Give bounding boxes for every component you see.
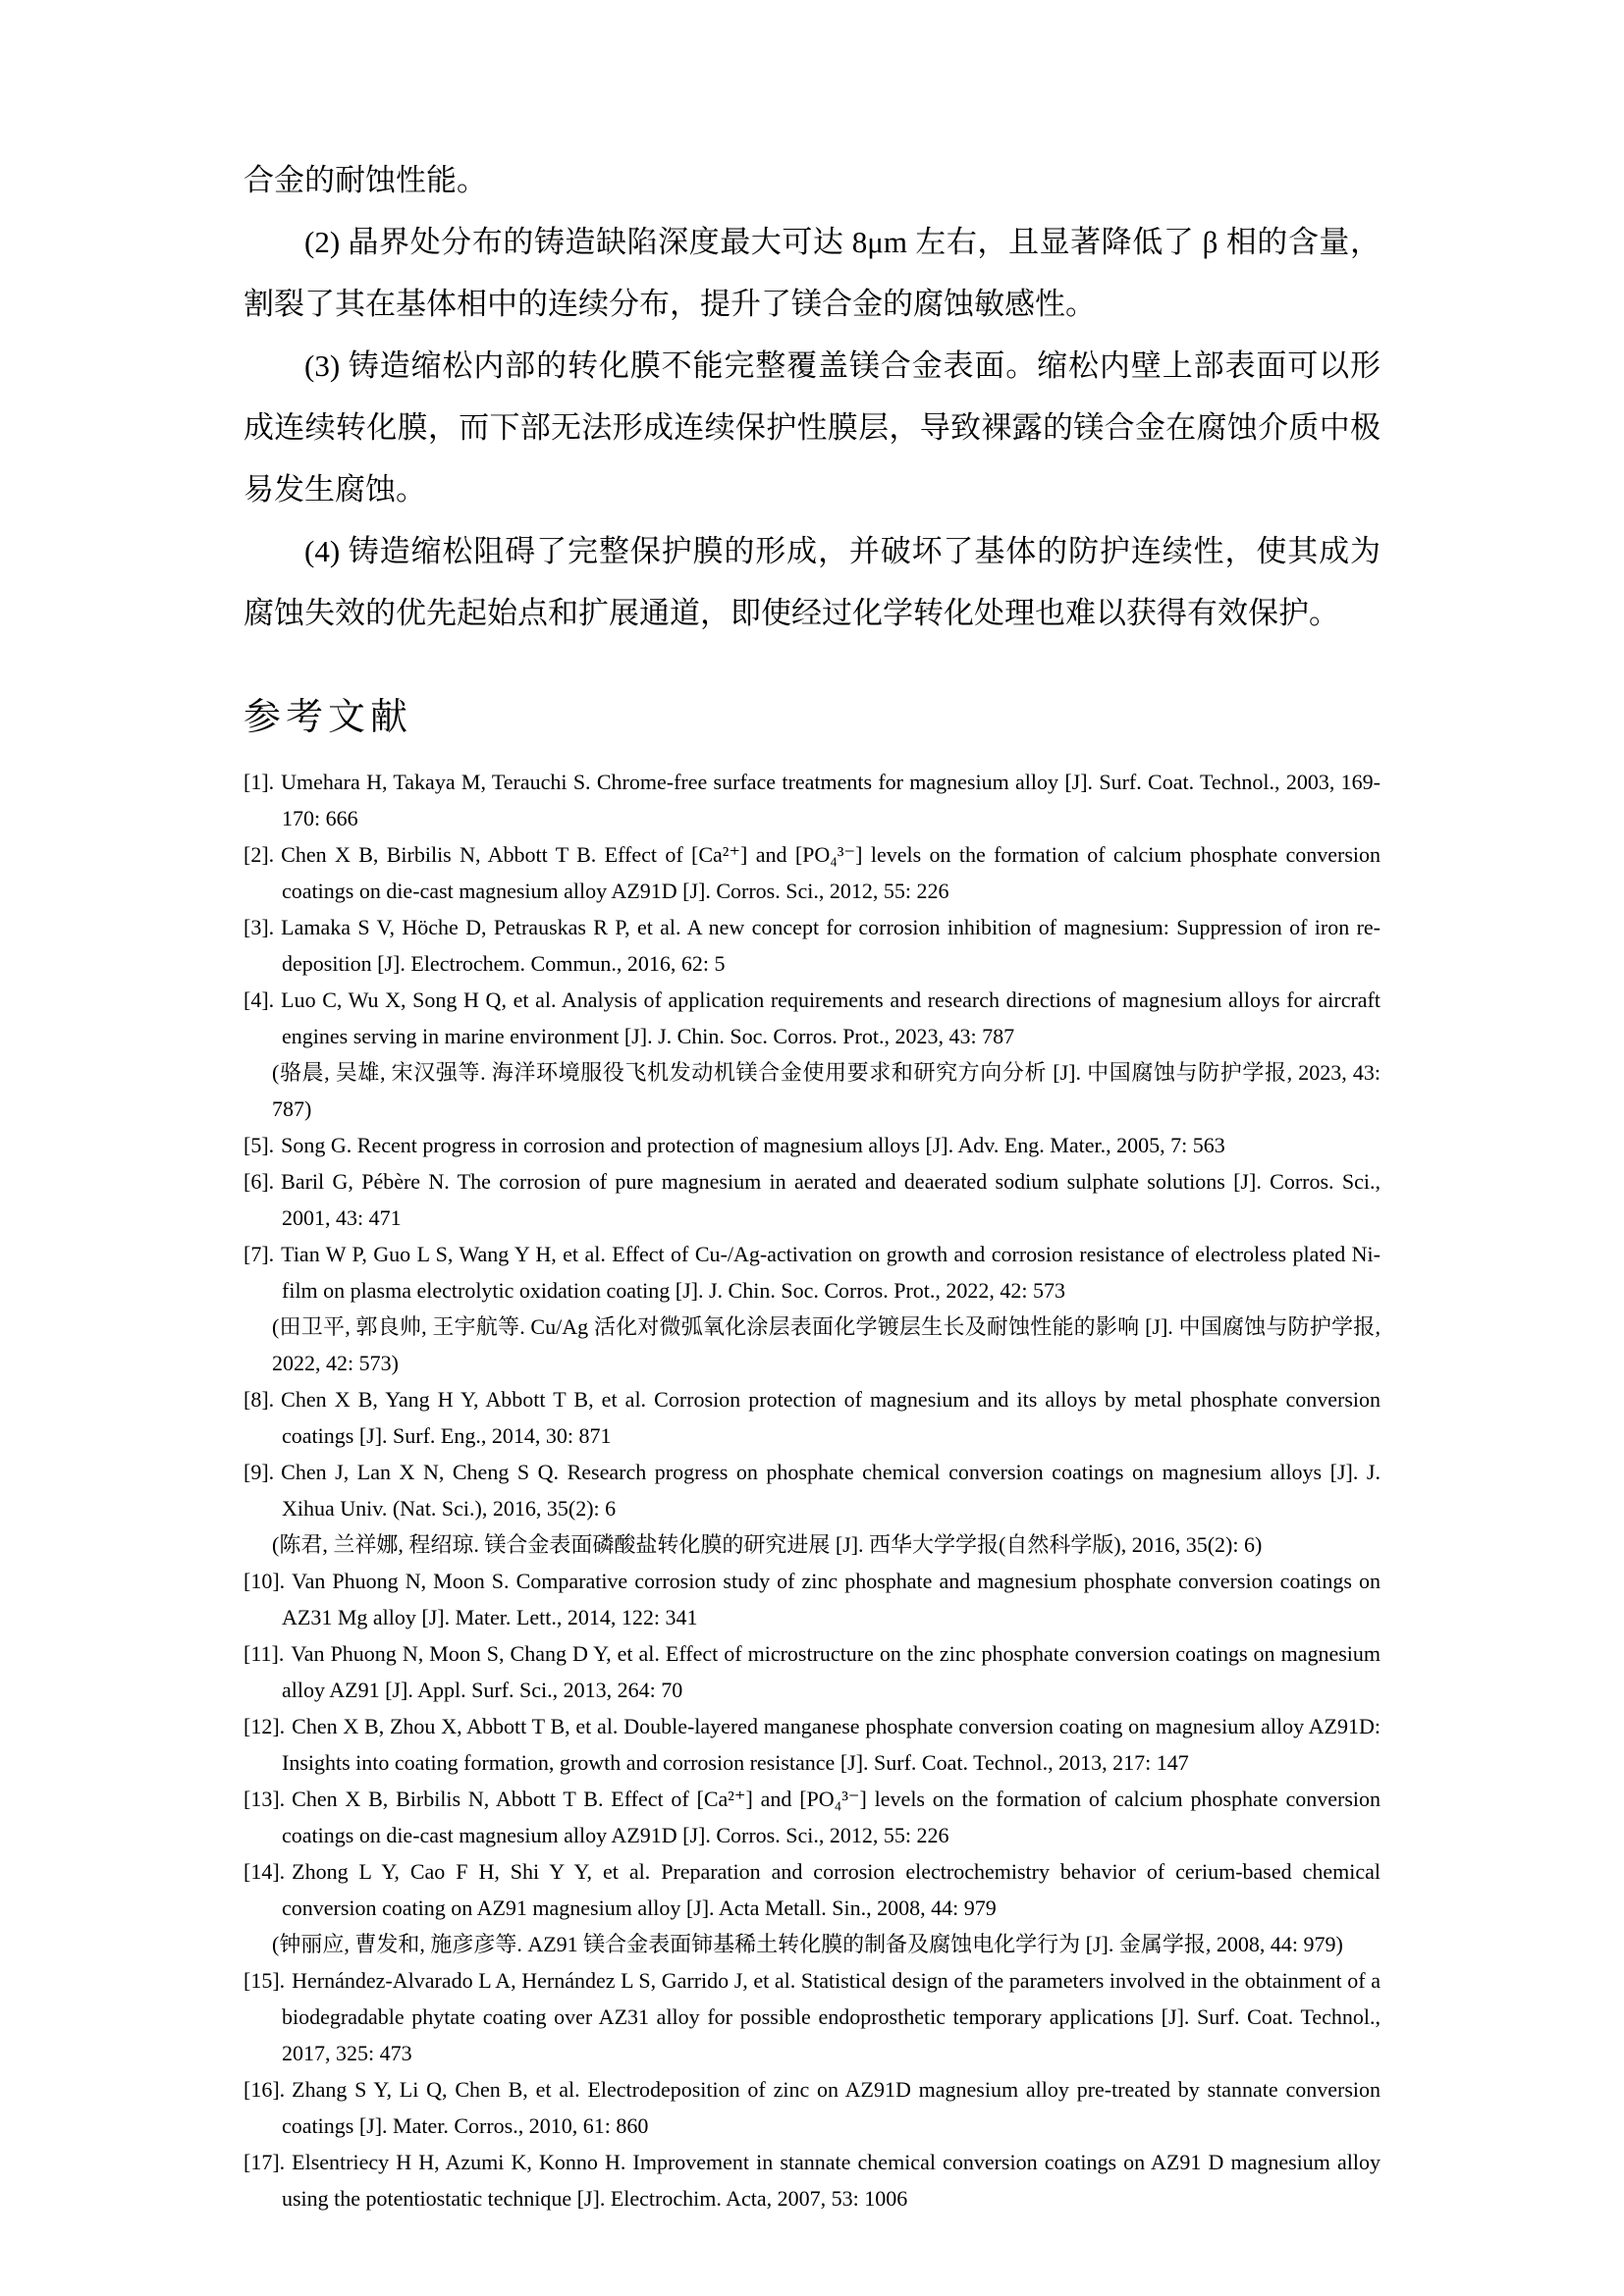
- reference-line: [16].Zhang S Y, Li Q, Chen B, et al. Ele…: [244, 2071, 1380, 2144]
- reference-entry: [5].Song G. Recent progress in corrosion…: [244, 1127, 1380, 1163]
- reference-line: [15].Hernández-Alvarado L A, Hernández L…: [244, 1962, 1380, 2071]
- reference-label: [6].: [244, 1169, 274, 1194]
- reference-line: [1].Umehara H, Takaya M, Terauchi S. Chr…: [244, 764, 1380, 836]
- reference-label: [7].: [244, 1242, 274, 1266]
- reference-entry: [9].Chen J, Lan X N, Cheng S Q. Research…: [244, 1454, 1380, 1563]
- reference-entry: [3].Lamaka S V, Höche D, Petrauskas R P,…: [244, 909, 1380, 982]
- reference-label: [8].: [244, 1387, 274, 1412]
- reference-text: Song G. Recent progress in corrosion and…: [281, 1133, 1225, 1157]
- reference-text: Zhong L Y, Cao F H, Shi Y Y, et al. Prep…: [282, 1859, 1380, 1920]
- reference-entry: [12].Chen X B, Zhou X, Abbott T B, et al…: [244, 1708, 1380, 1781]
- reference-entry: [6].Baril G, Pébère N. The corrosion of …: [244, 1163, 1380, 1236]
- reference-label: [13].: [244, 1787, 285, 1811]
- reference-text: Hernández-Alvarado L A, Hernández L S, G…: [282, 1968, 1380, 2065]
- reference-label: [15].: [244, 1968, 285, 1993]
- reference-entry: [11].Van Phuong N, Moon S, Chang D Y, et…: [244, 1635, 1380, 1708]
- reference-text: Baril G, Pébère N. The corrosion of pure…: [281, 1169, 1380, 1230]
- reference-line: [14].Zhong L Y, Cao F H, Shi Y Y, et al.…: [244, 1853, 1380, 1926]
- reference-line: [9].Chen J, Lan X N, Cheng S Q. Research…: [244, 1454, 1380, 1526]
- reference-label: [12].: [244, 1714, 285, 1738]
- reference-label: [10].: [244, 1569, 285, 1593]
- reference-text: Chen X B, Zhou X, Abbott T B, et al. Dou…: [282, 1714, 1380, 1775]
- reference-entry: [7].Tian W P, Guo L S, Wang Y H, et al. …: [244, 1236, 1380, 1381]
- reference-entry: [13].Chen X B, Birbilis N, Abbott T B. E…: [244, 1781, 1380, 1853]
- reference-entry: [14].Zhong L Y, Cao F H, Shi Y Y, et al.…: [244, 1853, 1380, 1962]
- reference-text: Chen X B, Birbilis N, Abbott T B. Effect…: [282, 1787, 1380, 1847]
- reference-text: Lamaka S V, Höche D, Petrauskas R P, et …: [281, 915, 1380, 976]
- document-page: 合金的耐蚀性能。 (2) 晶界处分布的铸造缺陷深度最大可达 8μm 左右，且显著…: [0, 0, 1624, 2296]
- paragraph-conclusion-2: (2) 晶界处分布的铸造缺陷深度最大可达 8μm 左右，且显著降低了 β 相的含…: [244, 211, 1380, 335]
- reference-label: [14].: [244, 1859, 285, 1884]
- reference-translation: (钟丽应, 曹发和, 施彦彦等. AZ91 镁合金表面铈基稀土转化膜的制备及腐蚀…: [272, 1926, 1380, 1962]
- reference-label: [2].: [244, 842, 274, 867]
- reference-entry: [15].Hernández-Alvarado L A, Hernández L…: [244, 1962, 1380, 2071]
- reference-entry: [4].Luo C, Wu X, Song H Q, et al. Analys…: [244, 982, 1380, 1127]
- reference-label: [11].: [244, 1641, 284, 1666]
- reference-entry: [8].Chen X B, Yang H Y, Abbott T B, et a…: [244, 1381, 1380, 1454]
- reference-text: Luo C, Wu X, Song H Q, et al. Analysis o…: [281, 988, 1380, 1048]
- reference-label: [4].: [244, 988, 274, 1012]
- reference-list: [1].Umehara H, Takaya M, Terauchi S. Chr…: [244, 764, 1380, 2216]
- reference-text: Chen X B, Birbilis N, Abbott T B. Effect…: [281, 842, 1380, 903]
- reference-line: [6].Baril G, Pébère N. The corrosion of …: [244, 1163, 1380, 1236]
- reference-line: [3].Lamaka S V, Höche D, Petrauskas R P,…: [244, 909, 1380, 982]
- reference-translation: (田卫平, 郭良帅, 王宇航等. Cu/Ag 活化对微弧氧化涂层表面化学镀层生长…: [272, 1308, 1380, 1381]
- reference-label: [1].: [244, 770, 274, 794]
- paragraph-conclusion-4: (4) 铸造缩松阻碍了完整保护膜的形成，并破坏了基体的防护连续性，使其成为腐蚀失…: [244, 520, 1380, 644]
- reference-label: [17].: [244, 2150, 285, 2174]
- reference-text: Umehara H, Takaya M, Terauchi S. Chrome-…: [281, 770, 1380, 830]
- reference-text: Van Phuong N, Moon S, Chang D Y, et al. …: [282, 1641, 1380, 1702]
- reference-label: [16].: [244, 2077, 285, 2102]
- reference-line: [4].Luo C, Wu X, Song H Q, et al. Analys…: [244, 982, 1380, 1054]
- reference-line: [8].Chen X B, Yang H Y, Abbott T B, et a…: [244, 1381, 1380, 1454]
- reference-line: [7].Tian W P, Guo L S, Wang Y H, et al. …: [244, 1236, 1380, 1308]
- reference-line: [5].Song G. Recent progress in corrosion…: [244, 1127, 1380, 1163]
- reference-translation: (陈君, 兰祥娜, 程绍琼. 镁合金表面磷酸盐转化膜的研究进展 [J]. 西华大…: [272, 1526, 1380, 1563]
- reference-entry: [17].Elsentriecy H H, Azumi K, Konno H. …: [244, 2144, 1380, 2216]
- paragraph-conclusion-3: (3) 铸造缩松内部的转化膜不能完整覆盖镁合金表面。缩松内壁上部表面可以形成连续…: [244, 335, 1380, 520]
- conclusions-section: 合金的耐蚀性能。 (2) 晶界处分布的铸造缺陷深度最大可达 8μm 左右，且显著…: [244, 149, 1380, 644]
- reference-line: [11].Van Phuong N, Moon S, Chang D Y, et…: [244, 1635, 1380, 1708]
- reference-line: [10].Van Phuong N, Moon S. Comparative c…: [244, 1563, 1380, 1635]
- references-heading: 参考文献: [244, 689, 1380, 746]
- reference-text: Chen J, Lan X N, Cheng S Q. Research pro…: [281, 1460, 1380, 1521]
- reference-entry: [2].Chen X B, Birbilis N, Abbott T B. Ef…: [244, 836, 1380, 909]
- reference-label: [9].: [244, 1460, 274, 1484]
- reference-entry: [16].Zhang S Y, Li Q, Chen B, et al. Ele…: [244, 2071, 1380, 2144]
- reference-text: Tian W P, Guo L S, Wang Y H, et al. Effe…: [281, 1242, 1380, 1303]
- reference-text: Elsentriecy H H, Azumi K, Konno H. Impro…: [282, 2150, 1380, 2211]
- reference-translation: (骆晨, 吴雄, 宋汉强等. 海洋环境服役飞机发动机镁合金使用要求和研究方向分析…: [272, 1054, 1380, 1127]
- reference-line: [12].Chen X B, Zhou X, Abbott T B, et al…: [244, 1708, 1380, 1781]
- page-content: 合金的耐蚀性能。 (2) 晶界处分布的铸造缺陷深度最大可达 8μm 左右，且显著…: [244, 0, 1380, 2216]
- reference-line: [2].Chen X B, Birbilis N, Abbott T B. Ef…: [244, 836, 1380, 909]
- reference-text: Van Phuong N, Moon S. Comparative corros…: [282, 1569, 1380, 1629]
- reference-line: [17].Elsentriecy H H, Azumi K, Konno H. …: [244, 2144, 1380, 2216]
- reference-label: [5].: [244, 1133, 274, 1157]
- reference-label: [3].: [244, 915, 274, 939]
- paragraph-continuation: 合金的耐蚀性能。: [244, 149, 1380, 211]
- reference-entry: [10].Van Phuong N, Moon S. Comparative c…: [244, 1563, 1380, 1635]
- reference-entry: [1].Umehara H, Takaya M, Terauchi S. Chr…: [244, 764, 1380, 836]
- reference-line: [13].Chen X B, Birbilis N, Abbott T B. E…: [244, 1781, 1380, 1853]
- reference-text: Chen X B, Yang H Y, Abbott T B, et al. C…: [281, 1387, 1380, 1448]
- reference-text: Zhang S Y, Li Q, Chen B, et al. Electrod…: [282, 2077, 1380, 2138]
